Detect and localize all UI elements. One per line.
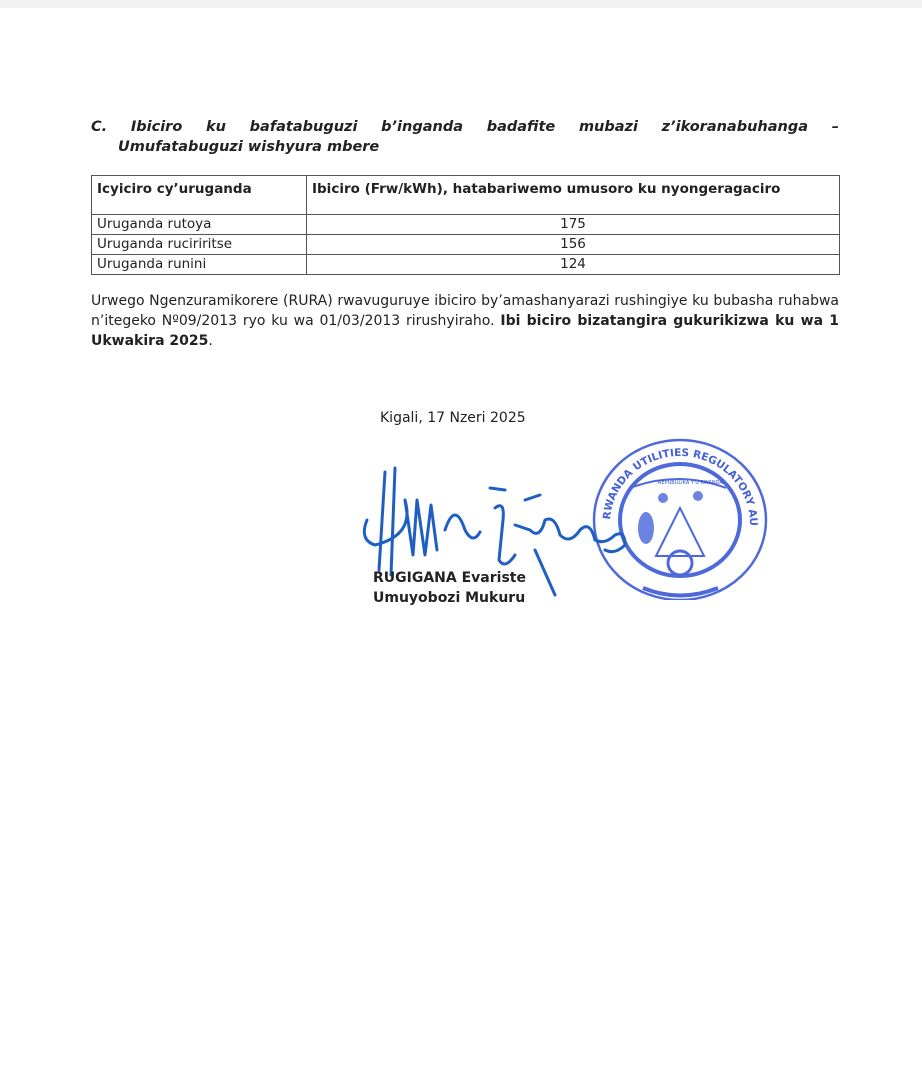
section-heading-line2: Umufatabuguzi wishyura mbere [91, 137, 839, 157]
price-cell: 124 [307, 255, 840, 275]
price-cell: 175 [307, 215, 840, 235]
body-paragraph: Urwego Ngenzuramikorere (RURA) rwavuguru… [91, 291, 839, 351]
table-row: Uruganda ruciriritse 156 [92, 235, 840, 255]
section-letter: C. [91, 117, 107, 137]
category-cell: Uruganda runini [92, 255, 307, 275]
signer-title: Umuyobozi Mukuru [373, 588, 526, 608]
signer-block: RUGIGANA Evariste Umuyobozi Mukuru [373, 568, 526, 608]
top-bar [0, 0, 922, 8]
table-header-row: Icyiciro cy’uruganda Ibiciro (Frw/kWh), … [92, 176, 840, 215]
category-cell: Uruganda rutoya [92, 215, 307, 235]
header-category: Icyiciro cy’uruganda [92, 176, 307, 215]
table-row: Uruganda rutoya 175 [92, 215, 840, 235]
section-heading: C. Ibiciro ku bafatabuguzi b’inganda bad… [91, 117, 839, 157]
place-date: Kigali, 17 Nzeri 2025 [380, 410, 526, 426]
price-cell: 156 [307, 235, 840, 255]
section-heading-line1: C. Ibiciro ku bafatabuguzi b’inganda bad… [91, 117, 839, 137]
rates-table: Icyiciro cy’uruganda Ibiciro (Frw/kWh), … [91, 175, 840, 275]
signer-name: RUGIGANA Evariste [373, 568, 526, 588]
svg-text:REPUBULIKA Y'U RWANDA: REPUBULIKA Y'U RWANDA [658, 480, 723, 486]
header-price: Ibiciro (Frw/kWh), hatabariwemo umusoro … [307, 176, 840, 215]
table-row: Uruganda runini 124 [92, 255, 840, 275]
category-cell: Uruganda ruciriritse [92, 235, 307, 255]
